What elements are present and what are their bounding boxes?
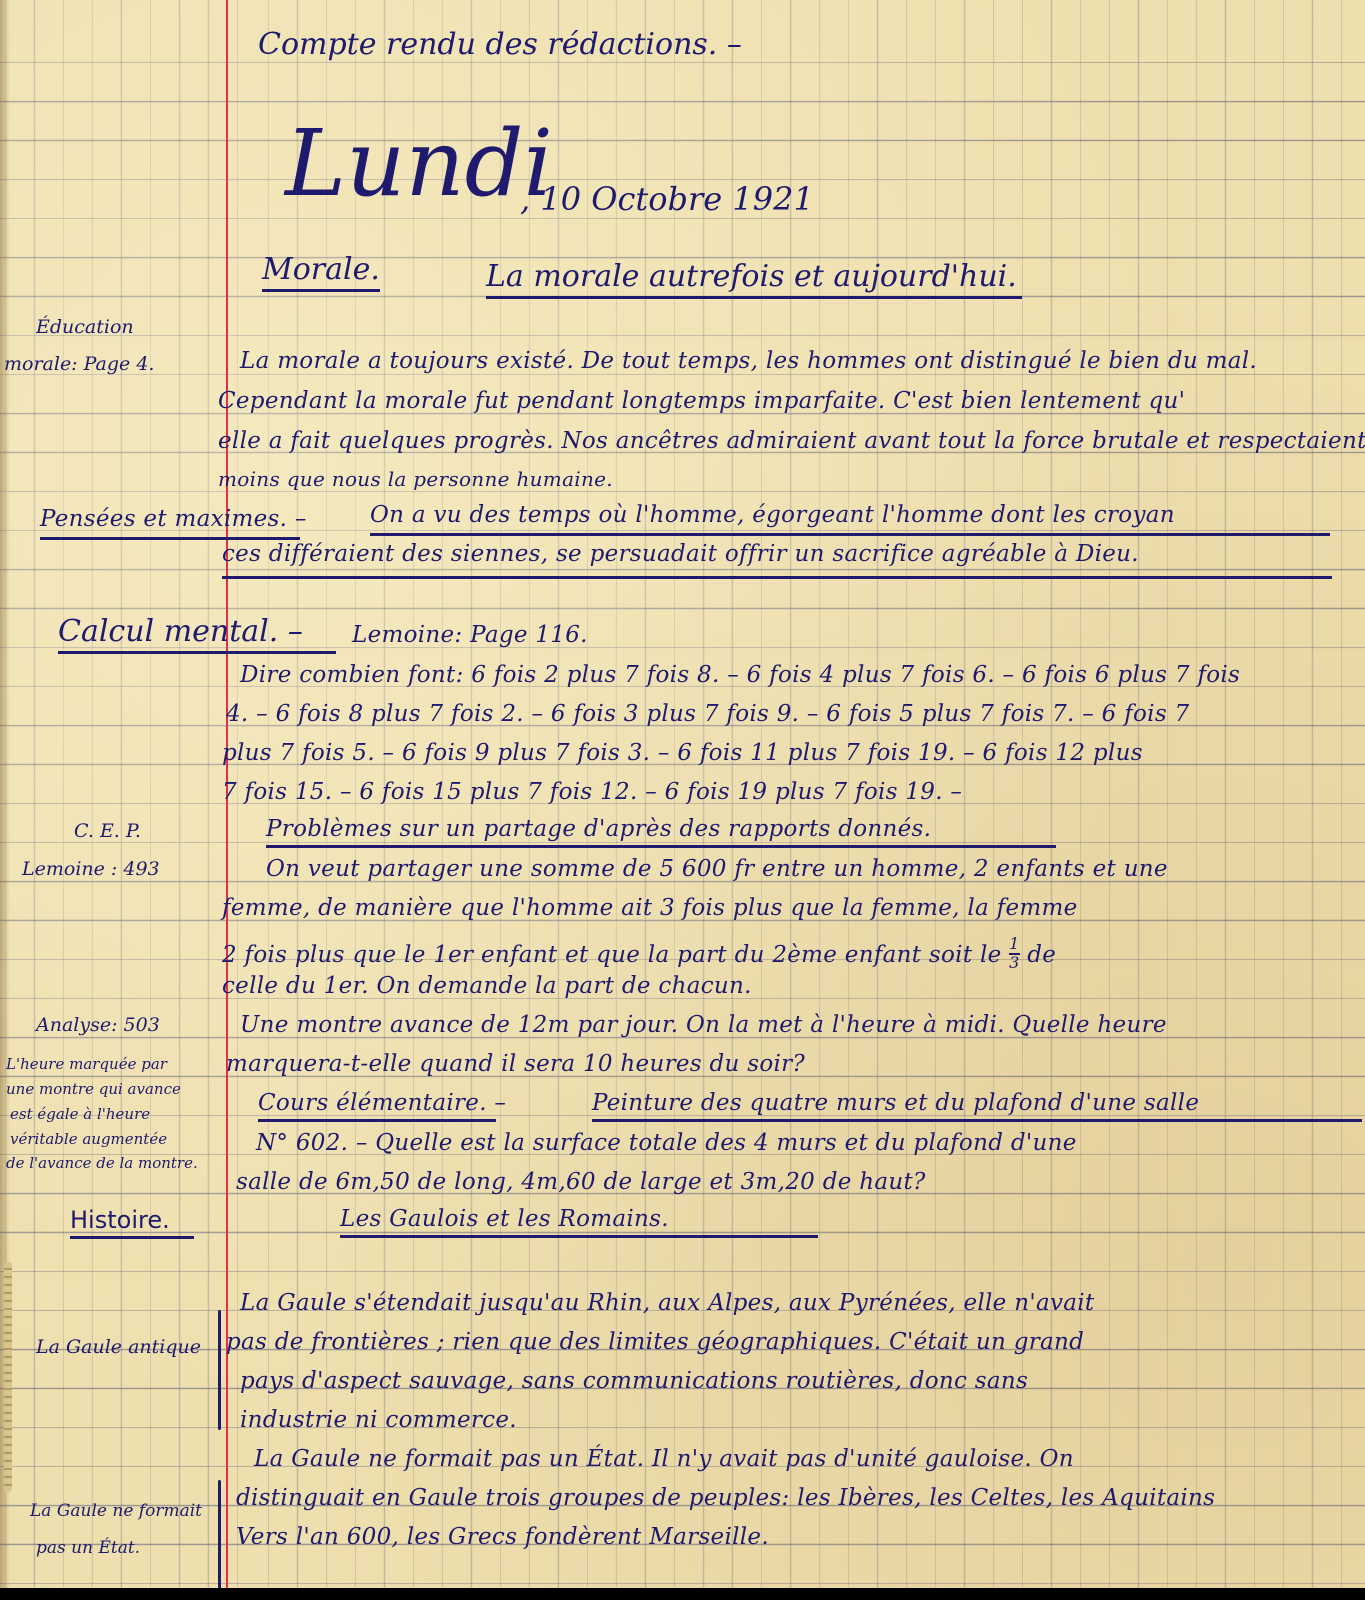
date-heading: , 10 Octobre 1921 bbox=[520, 183, 814, 215]
pensees-heading: Pensées et maximes. – bbox=[40, 508, 307, 531]
binding-thread bbox=[4, 1262, 12, 1492]
pensees-line-2: ces différaient des siennes, se persuada… bbox=[222, 543, 1139, 566]
notebook-page: Compte rendu des rédactions. – Lundi , 1… bbox=[0, 0, 1365, 1588]
morale-line-2: Cependant la morale fut pendant longtemp… bbox=[218, 390, 1185, 413]
pensees-line-2-underline bbox=[222, 576, 1332, 579]
margin-note-lemoine-493: Lemoine : 493 bbox=[22, 860, 160, 879]
calcul-line-3: plus 7 fois 5. – 6 fois 9 plus 7 fois 3.… bbox=[222, 742, 1143, 765]
morale-line-3: elle a fait quelques progrès. Nos ancêtr… bbox=[218, 430, 1365, 453]
cep-line-3-text: 2 fois plus que le 1er enfant et que la … bbox=[222, 942, 1002, 968]
histoire-line-5: La Gaule ne formait pas un État. Il n'y … bbox=[254, 1448, 1074, 1471]
histoire-line-7: Vers l'an 600, les Grecs fondèrent Marse… bbox=[236, 1526, 769, 1549]
margin-note-cep: C. E. P. bbox=[74, 822, 141, 841]
morale-heading: Morale. bbox=[262, 255, 380, 292]
margin-note-rule-5: de l'avance de la montre. bbox=[6, 1156, 198, 1171]
margin-note-gaule-etat-2: pas un État. bbox=[36, 1540, 140, 1557]
histoire-line-1: La Gaule s'étendait jusqu'au Rhin, aux A… bbox=[240, 1292, 1094, 1315]
cep-line-3: 2 fois plus que le 1er enfant et que la … bbox=[222, 936, 1056, 972]
bracket-gaule-etat bbox=[218, 1480, 221, 1588]
margin-note-rule-4: véritable augmentée bbox=[10, 1132, 167, 1147]
histoire-subject: Les Gaulois et les Romains. bbox=[340, 1208, 818, 1238]
day-heading: Lundi bbox=[285, 118, 553, 210]
margin-note-rule-2: une montre qui avance bbox=[6, 1082, 181, 1097]
margin-note-gaule-antique: La Gaule antique bbox=[36, 1338, 201, 1357]
scan-bottom-edge bbox=[0, 1588, 1365, 1600]
histoire-heading: Histoire. bbox=[70, 1208, 194, 1239]
calcul-heading: Calcul mental. – bbox=[58, 617, 336, 654]
calcul-line-4: 7 fois 15. – 6 fois 15 plus 7 fois 12. –… bbox=[222, 781, 962, 804]
margin-note-gaule-etat-1: La Gaule ne formait bbox=[30, 1503, 202, 1520]
cep-subheading: Problèmes sur un partage d'après des rap… bbox=[266, 818, 1056, 848]
histoire-line-2: pas de frontières ; rien que des limites… bbox=[226, 1331, 1084, 1354]
fraction-one-third: 13 bbox=[1009, 936, 1019, 972]
histoire-line-4: industrie ni commerce. bbox=[240, 1409, 517, 1432]
page-title: Compte rendu des rédactions. – bbox=[258, 30, 742, 60]
morale-line-1: La morale a toujours existé. De tout tem… bbox=[240, 350, 1257, 373]
calcul-line-2: 4. – 6 fois 8 plus 7 fois 2. – 6 fois 3 … bbox=[226, 703, 1189, 726]
cep-line-4: celle du 1er. On demande la part de chac… bbox=[222, 975, 752, 998]
analyse-line-2: marquera-t-elle quand il sera 10 heures … bbox=[226, 1053, 805, 1076]
analyse-line-1: Une montre avance de 12m par jour. On la… bbox=[240, 1014, 1167, 1037]
pensees-line-1-underline bbox=[370, 533, 1330, 536]
cours-line-1: N° 602. – Quelle est la surface totale d… bbox=[256, 1132, 1077, 1155]
margin-note-rule-1: L'heure marquée par bbox=[6, 1057, 167, 1072]
morale-line-4: moins que nous la personne humaine. bbox=[218, 469, 613, 489]
margin-note-education: Éducation bbox=[36, 318, 134, 337]
calcul-reference: Lemoine: Page 116. bbox=[352, 624, 588, 647]
cep-line-1: On veut partager une somme de 5 600 fr e… bbox=[266, 858, 1168, 881]
histoire-line-3: pays d'aspect sauvage, sans communicatio… bbox=[240, 1370, 1028, 1393]
pensees-line-1: On a vu des temps où l'homme, égorgeant … bbox=[370, 504, 1175, 527]
cours-heading: Cours élémentaire. – bbox=[258, 1092, 496, 1122]
cep-line-2: femme, de manière que l'homme ait 3 fois… bbox=[222, 897, 1078, 920]
morale-subject: La morale autrefois et aujourd'hui. bbox=[486, 262, 1022, 299]
cours-subject: Peinture des quatre murs et du plafond d… bbox=[592, 1092, 1362, 1122]
pensees-heading-underline bbox=[40, 537, 300, 540]
bracket-gaule-antique bbox=[218, 1310, 221, 1430]
cours-line-2: salle de 6m,50 de long, 4m,60 de large e… bbox=[236, 1171, 926, 1194]
margin-note-analyse: Analyse: 503 bbox=[36, 1016, 160, 1035]
calcul-line-1: Dire combien font: 6 fois 2 plus 7 fois … bbox=[240, 664, 1240, 687]
margin-note-rule-3: est égale à l'heure bbox=[10, 1107, 150, 1122]
margin-note-education-page: morale: Page 4. bbox=[4, 355, 154, 374]
histoire-line-6: distinguait en Gaule trois groupes de pe… bbox=[236, 1487, 1215, 1510]
